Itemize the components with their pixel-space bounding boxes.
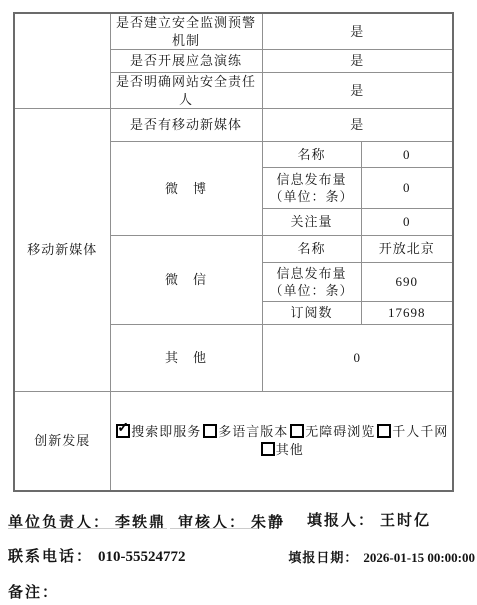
section-label-cell: 创新发展 xyxy=(14,392,110,491)
metric-label-cell: 信息发布量 （单位：条） xyxy=(262,263,361,302)
table-row: 是否建立安全监测预警 机制 是 xyxy=(14,13,453,50)
report-page: 是否建立安全监测预警 机制 是 是否开展应急演练 是 是否明确网站安全责任人 是… xyxy=(0,0,477,605)
date-value: 2026-01-15 00:00:00 xyxy=(363,550,475,565)
filler-name: 王时亿 xyxy=(380,513,431,529)
metric-label-line: （单位：条） xyxy=(263,188,361,206)
innovation-checkbox-4[interactable]: ✓ xyxy=(261,442,275,456)
metric-label-line: （单位：条） xyxy=(263,282,361,300)
filler-label: 填报人： xyxy=(307,513,375,529)
innovation-checkbox-0[interactable]: ✓ xyxy=(116,424,130,438)
metric-label-cell: 订阅数 xyxy=(262,302,361,325)
form-blank-underline xyxy=(8,528,167,529)
question-cell: 是否开展应急演练 xyxy=(110,50,262,73)
innovation-checkbox-2[interactable]: ✓ xyxy=(290,424,304,438)
innovation-options-cell: ✓搜索即服务✓多语言版本✓无障碍浏览✓千人千网✓其他 xyxy=(110,392,453,491)
metric-label-cell: 关注量 xyxy=(262,209,361,236)
phone-number: 010-55524772 xyxy=(98,549,186,565)
innovation-checkbox-1[interactable]: ✓ xyxy=(203,424,217,438)
metric-value-cell: 690 xyxy=(361,263,453,302)
remarks-label: 备注： xyxy=(8,585,59,601)
metric-value-cell: 0 xyxy=(361,209,453,236)
innovation-checkbox-3[interactable]: ✓ xyxy=(377,424,391,438)
metric-label-cell: 名称 xyxy=(262,142,361,168)
platform-label-cell: 其 他 xyxy=(110,325,262,392)
question-cell: 是否建立安全监测预警 机制 xyxy=(110,13,262,50)
innovation-option-label: 其他 xyxy=(276,442,304,457)
metric-label-cell: 信息发布量 （单位：条） xyxy=(262,168,361,209)
question-text: 机制 xyxy=(111,32,262,50)
platform-label-cell: 微 信 xyxy=(110,236,262,325)
section-label-cell: 移动新媒体 xyxy=(14,109,110,392)
metric-value-cell: 0 xyxy=(361,142,453,168)
table-row: 创新发展 ✓搜索即服务✓多语言版本✓无障碍浏览✓千人千网✓其他 xyxy=(14,392,453,491)
metric-label-cell: 名称 xyxy=(262,236,361,263)
date-label: 填报日期： xyxy=(288,550,358,565)
innovation-option-label: 搜索即服务 xyxy=(131,424,201,439)
metric-label-line: 信息发布量 xyxy=(263,171,361,189)
filler: 填报人：王时亿 xyxy=(307,509,431,530)
report-table: 是否建立安全监测预警 机制 是 是否开展应急演练 是 是否明确网站安全责任人 是… xyxy=(13,12,454,492)
innovation-option-label: 无障碍浏览 xyxy=(305,424,375,439)
report-date: 填报日期：2026-01-15 00:00:00 xyxy=(288,547,475,566)
question-cell: 是否明确网站安全责任人 xyxy=(110,73,262,109)
metric-value-cell: 开放北京 xyxy=(361,236,453,263)
check-icon: ✓ xyxy=(117,420,129,439)
innovation-option-label: 千人千网 xyxy=(392,424,448,439)
answer-cell: 是 xyxy=(262,13,453,50)
metric-value-cell: 0 xyxy=(361,168,453,209)
question-text: 是否建立安全监测预警 xyxy=(111,14,262,32)
form-blank-underline xyxy=(170,528,258,529)
answer-cell: 是 xyxy=(262,109,453,142)
innovation-option-2: ✓无障碍浏览 xyxy=(288,424,375,439)
innovation-option-4: ✓其他 xyxy=(259,442,304,457)
innovation-option-3: ✓千人千网 xyxy=(375,424,448,439)
innovation-option-0: ✓搜索即服务 xyxy=(114,424,201,439)
platform-label-cell: 微 博 xyxy=(110,142,262,236)
question-cell: 是否有移动新媒体 xyxy=(110,109,262,142)
metric-value-cell: 17698 xyxy=(361,302,453,325)
section-label-cell-empty xyxy=(14,13,110,109)
answer-cell: 0 xyxy=(262,325,453,392)
innovation-option-1: ✓多语言版本 xyxy=(201,424,288,439)
remarks: 备注： xyxy=(8,581,59,602)
answer-cell: 是 xyxy=(262,73,453,109)
answer-cell: 是 xyxy=(262,50,453,73)
innovation-option-label: 多语言版本 xyxy=(218,424,288,439)
contact-phone: 联系电话：010-55524772 xyxy=(8,545,186,566)
table-row: 移动新媒体 是否有移动新媒体 是 xyxy=(14,109,453,142)
phone-label: 联系电话： xyxy=(8,549,93,565)
metric-label-line: 信息发布量 xyxy=(263,265,361,283)
